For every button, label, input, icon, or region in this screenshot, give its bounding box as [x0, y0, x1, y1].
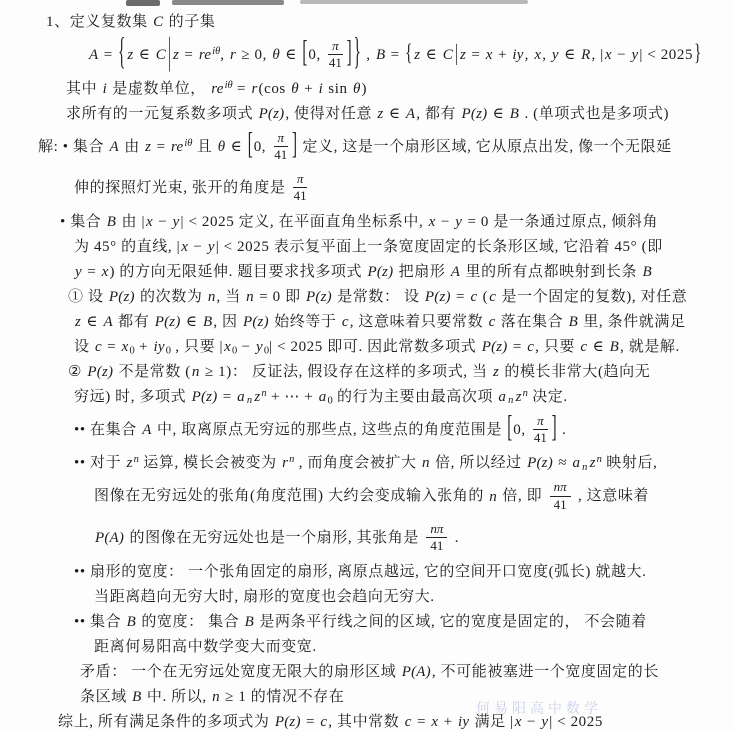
math-run: z	[589, 455, 597, 471]
text-run: •• 在集合	[74, 422, 141, 438]
text-run: , 这意味着只要常数	[350, 314, 488, 330]
text-run: 运算, 模长会被变为	[139, 455, 281, 471]
text-run: 的行为主要由最高次项	[333, 389, 498, 405]
text-run: 图像在无穷远处的张角(角度范围) 大约会变成输入张角的	[94, 489, 488, 505]
text-run: , 不可能被塞进一个宽度固定的长	[432, 664, 659, 680]
math-run: iy	[457, 714, 470, 730]
math-run: P(z)	[191, 389, 219, 405]
text-run: +	[300, 81, 318, 97]
text-run: ) 的方向无限延伸. 题目要求找多项式	[109, 264, 366, 280]
text-run: , 当	[217, 289, 246, 305]
text-run: , 只要 |	[171, 339, 223, 355]
math-run: P(z)	[242, 314, 270, 330]
text-run: =	[452, 289, 470, 305]
text-run: 条区域	[80, 689, 131, 705]
math-run: n	[191, 364, 201, 380]
math-run: z	[459, 47, 467, 63]
fraction: π41	[328, 39, 343, 71]
math-run: P(z)	[481, 339, 509, 355]
text-run: +	[439, 714, 457, 730]
text-run: ∈	[421, 47, 441, 63]
text-run: ∈	[82, 314, 102, 330]
fraction: π41	[293, 172, 308, 204]
text-run: | < 2025 表示复平面上一条宽度固定的长条形区域, 它沿着 45° (即	[216, 239, 663, 255]
text-run: + ⋯ +	[267, 389, 318, 405]
text-run: =	[99, 47, 117, 63]
math-run: iy	[511, 47, 524, 63]
math-run: y	[630, 47, 639, 63]
text-run: ∈	[560, 47, 580, 63]
math-run: B	[509, 106, 520, 122]
text-run: 里, 条件就满足	[579, 314, 686, 330]
math-run: y	[255, 339, 264, 355]
text-line: 为 45° 的直线, |x − y| < 2025 表示复平面上一条宽度固定的长…	[74, 235, 734, 260]
math-run: n	[211, 689, 221, 705]
text-run: sin	[324, 81, 352, 97]
text-run: 倍, 所以经过	[431, 455, 526, 471]
text-run: =	[467, 47, 485, 63]
math-run: x	[223, 339, 232, 355]
math-run: x	[533, 47, 542, 63]
math-run: x	[604, 47, 613, 63]
text-run: 0,	[513, 422, 530, 438]
text-run: −	[613, 47, 631, 63]
math-run: n	[245, 289, 255, 305]
math-run: a	[571, 455, 581, 471]
text-run: 求所有的一元复系数多项式	[66, 106, 258, 122]
math-run: θ	[271, 47, 281, 63]
text-run: 把扇形	[394, 264, 450, 280]
math-run: c	[526, 339, 535, 355]
text-run: 穷远) 时, 多项式	[74, 389, 191, 405]
math-run: B	[202, 314, 213, 330]
fraction: π41	[274, 131, 289, 163]
big-delimiter: |	[455, 35, 458, 74]
text-line: 1、定义复数集 C 的子集	[46, 10, 734, 35]
text-run: 的宽度： 集合	[137, 614, 244, 630]
big-delimiter: }	[694, 35, 701, 74]
scan-artifact	[300, 0, 528, 4]
text-run: ∈	[488, 106, 508, 122]
text-run: 定义, 这是一个扇形区域, 它从原点出发, 像一个无限延	[298, 139, 672, 155]
math-run: P(z)	[274, 714, 302, 730]
text-run: 落在集合	[496, 314, 567, 330]
text-line: 其中 i 是虚数单位， reiθ = r(cos θ + i sin θ)	[66, 77, 734, 102]
math-run: r	[281, 455, 289, 471]
math-run: iy	[152, 339, 165, 355]
math-run: c	[319, 714, 328, 730]
text-run: .	[450, 530, 459, 546]
text-run: , 使得对任意	[285, 106, 376, 122]
text-run: 0,	[308, 47, 325, 63]
math-run: P(A)	[94, 530, 125, 546]
fraction: nπ41	[426, 522, 447, 554]
big-delimiter: }	[354, 23, 361, 87]
text-run: 是两条平行线之间的区域, 它的宽度是固定的， 不会随着	[255, 614, 647, 630]
math-run: P(z)	[305, 289, 333, 305]
text-line: 条区域 B 中. 所以, n ≥ 1 的情况不存在	[80, 685, 734, 710]
big-delimiter: {	[118, 23, 125, 87]
math-run: θ	[290, 81, 300, 97]
text-run: 的模长非常大(趋向无	[500, 364, 650, 380]
fraction-numerator: π	[274, 131, 289, 147]
big-delimiter: {	[405, 35, 412, 74]
text-run: 是一个固定的复数), 对任意	[497, 289, 687, 305]
text-line: ① 设 P(z) 的次数为 n, 当 n = 0 即 P(z) 是常数： 设 P…	[68, 285, 734, 310]
text-run: .	[558, 422, 567, 438]
text-run: 始终等于	[270, 314, 341, 330]
text-run: 不是常数 (	[114, 364, 191, 380]
text-run: ∈	[134, 47, 154, 63]
text-run: 决定.	[528, 389, 568, 405]
math-run: P(z)	[424, 289, 452, 305]
fraction: nπ41	[550, 480, 571, 512]
text-line: 当距离趋向无穷大时, 扇形的宽度也会趋向无穷大.	[94, 585, 734, 610]
text-line: • 集合 B 由 |x − y| < 2025 定义, 在平面直角坐标系中, x…	[60, 210, 734, 235]
text-run: ≥ 1)： 反证法, 假设存在这样的多项式, 当	[201, 364, 492, 380]
text-run: −	[523, 714, 541, 730]
fraction-denominator: 41	[534, 430, 547, 445]
math-run: re	[198, 47, 212, 63]
fraction-denominator: 41	[329, 55, 342, 70]
text-run: , 因	[213, 314, 242, 330]
math-run: n	[207, 289, 217, 305]
math-run: z	[172, 47, 180, 63]
text-run: ∈	[281, 47, 301, 63]
fraction-denominator: 41	[430, 538, 443, 553]
scan-artifact	[172, 0, 284, 5]
text-run: =	[302, 714, 320, 730]
math-run: P(z)	[154, 314, 182, 330]
math-run: c	[94, 339, 103, 355]
text-line: 距离何易阳高中数学变大而变宽.	[94, 635, 734, 660]
math-run: y	[74, 264, 83, 280]
math-run: c	[579, 339, 588, 355]
text-run: (	[478, 289, 488, 305]
fraction-denominator: 41	[294, 188, 307, 203]
math-run: n	[421, 455, 431, 471]
math-run: re	[210, 81, 224, 97]
text-run: ,	[542, 47, 551, 63]
text-run: ≥ 0,	[237, 47, 271, 63]
math-run: A	[141, 422, 152, 438]
text-run: , 就是解.	[620, 339, 680, 355]
text-run: , 这意味着	[574, 489, 649, 505]
text-line: •• 扇形的宽度： 一个张角固定的扇形, 离原点越远, 它的空间开口宽度(弧长)…	[74, 560, 734, 585]
text-run: =	[233, 81, 251, 97]
text-run: −	[189, 239, 207, 255]
text-run: 的图像在无穷远处也是一个扇形, 其张角是	[125, 530, 423, 546]
text-run: =	[509, 339, 527, 355]
math-run: θ	[217, 139, 227, 155]
math-run: x	[145, 214, 154, 230]
math-run: c	[341, 314, 350, 330]
math-run: a	[318, 389, 328, 405]
text-run: 里的所有点都映射到长条	[461, 264, 641, 280]
text-run: ∈	[182, 314, 202, 330]
text-run: 解: • 集合	[38, 139, 108, 155]
math-run: B	[641, 264, 652, 280]
fraction-numerator: nπ	[426, 522, 447, 538]
math-run: x	[485, 47, 494, 63]
big-delimiter: [	[302, 29, 307, 80]
superscript: iθ	[225, 79, 233, 90]
math-run: B	[131, 689, 142, 705]
text-run: 映射后,	[602, 455, 658, 471]
text-run: =	[103, 339, 121, 355]
text-run: 距离何易阳高中数学变大而变宽.	[94, 639, 317, 655]
big-delimiter: [	[507, 404, 512, 455]
text-run: . (单项式也是多项式)	[520, 106, 669, 122]
math-run: y	[207, 239, 216, 255]
math-run: B	[126, 614, 137, 630]
math-run: x	[180, 239, 189, 255]
text-run: | < 2025 即可. 因此常数多项式	[269, 339, 481, 355]
text-run: +	[494, 47, 512, 63]
text-run: =	[152, 139, 170, 155]
text-run: =	[413, 714, 431, 730]
document-page: 1、定义复数集 C 的子集A = {z ∈ C|z = reiθ, r ≥ 0,…	[0, 0, 734, 731]
text-run: ≈	[554, 455, 572, 471]
math-run: A	[102, 314, 113, 330]
math-run: a	[497, 389, 507, 405]
text-run: ②	[68, 364, 86, 380]
text-line: 图像在无穷远处的张角(角度范围) 大约会变成输入张角的 n 倍, 即 nπ41 …	[94, 476, 734, 518]
math-run: C	[152, 14, 164, 30]
text-run: ∈	[384, 106, 404, 122]
text-run: 满足 |	[470, 714, 514, 730]
big-delimiter: ]	[292, 121, 297, 172]
big-delimiter: ]	[552, 404, 557, 455]
text-run: 中, 取离原点无穷远的那些点, 这些点的角度范围是	[153, 422, 507, 438]
text-run: −	[437, 214, 455, 230]
text-run: , 只要	[535, 339, 579, 355]
math-run: A	[108, 139, 119, 155]
math-run: z	[74, 314, 82, 330]
text-run: 由	[120, 139, 144, 155]
text-line: •• 集合 B 的宽度： 集合 B 是两条平行线之间的区域, 它的宽度是固定的，…	[74, 610, 734, 635]
math-run: B	[375, 47, 386, 63]
text-run: 是常数： 设	[333, 289, 424, 305]
math-run: P(z)	[366, 264, 394, 280]
text-run: , 其中常数	[328, 714, 403, 730]
text-run: 都有	[114, 314, 154, 330]
text-run: 的次数为	[136, 289, 207, 305]
text-run: 当距离趋向无穷大时, 扇形的宽度也会趋向无穷大.	[94, 589, 435, 605]
math-run: B	[244, 614, 255, 630]
text-run: •• 集合	[74, 614, 126, 630]
text-run: 倍, 即	[498, 489, 547, 505]
text-run: = 0 是一条通过原点, 倾斜角	[463, 214, 658, 230]
text-run: (cos	[258, 81, 290, 97]
math-run: z	[144, 139, 152, 155]
text-run: =	[180, 47, 198, 63]
text-line: 伸的探照灯光束, 张开的角度是 π41	[74, 168, 734, 210]
text-run: +	[135, 339, 153, 355]
math-run: z	[515, 389, 523, 405]
text-run: ,	[220, 47, 229, 63]
text-run: 的子集	[164, 14, 215, 30]
math-run: r	[229, 47, 237, 63]
text-run: 且	[192, 139, 216, 155]
fraction: π41	[533, 414, 548, 446]
text-line: 解: • 集合 A 由 z = reiθ 且 θ ∈ [0, π41] 定义, …	[38, 127, 734, 169]
math-run: z	[492, 364, 500, 380]
text-line: 综上, 所有满足条件的多项式为 P(z) = c, 其中常数 c = x + i…	[58, 710, 734, 731]
math-run: a	[236, 389, 246, 405]
fraction-numerator: nπ	[550, 480, 571, 496]
text-run: 0,	[254, 139, 271, 155]
scan-artifact	[126, 0, 160, 6]
text-line: ② P(z) 不是常数 (n ≥ 1)： 反证法, 假设存在这样的多项式, 当 …	[68, 360, 734, 385]
math-run: x	[428, 214, 437, 230]
fraction-numerator: π	[293, 172, 308, 188]
text-line: •• 对于 zn 运算, 模长会被变为 rn , 而角度会被扩大 n 倍, 所以…	[74, 451, 734, 476]
text-run: =	[83, 264, 101, 280]
text-line: P(A) 的图像在无穷远处也是一个扇形, 其张角是 nπ41 .	[94, 518, 734, 560]
text-run: 设	[74, 339, 94, 355]
big-delimiter: ]	[347, 29, 352, 80]
big-delimiter: [	[248, 121, 253, 172]
text-run: =	[386, 47, 404, 63]
math-run: x	[514, 714, 523, 730]
math-run: P(z)	[108, 289, 136, 305]
text-run: 1、定义复数集	[46, 14, 152, 30]
text-run: •• 扇形的宽度： 一个张角固定的扇形, 离原点越远, 它的空间开口宽度(弧长)…	[74, 564, 647, 580]
text-run: ,	[362, 47, 375, 63]
math-run: y	[551, 47, 560, 63]
math-run: c	[404, 714, 413, 730]
math-run: y	[540, 714, 549, 730]
text-run: 中. 所以,	[143, 689, 212, 705]
text-run: 伸的探照灯光束, 张开的角度是	[74, 180, 290, 196]
math-run: y	[454, 214, 463, 230]
math-run: x	[430, 714, 439, 730]
text-run: 为 45° 的直线, |	[74, 239, 180, 255]
text-run: )	[362, 81, 368, 97]
math-run: P(A)	[401, 664, 432, 680]
math-run: A	[88, 47, 99, 63]
math-run: A	[450, 264, 461, 280]
math-run: y	[172, 214, 181, 230]
text-line: •• 在集合 A 中, 取离原点无穷远的那些点, 这些点的角度范围是 [0, π…	[74, 410, 734, 452]
text-run: , 都有	[416, 106, 460, 122]
text-line: 矛盾： 一个在无穷远处宽度无限大的扇形区域 P(A), 不可能被塞进一个宽度固定…	[80, 660, 734, 685]
text-run: =	[218, 389, 236, 405]
big-delimiter: |	[168, 23, 171, 87]
text-line: z ∈ A 都有 P(z) ∈ B, 因 P(z) 始终等于 c, 这意味着只要…	[74, 310, 734, 335]
math-run: A	[405, 106, 416, 122]
text-run: 综上, 所有满足条件的多项式为	[58, 714, 274, 730]
text-run: ∈	[226, 139, 246, 155]
math-run: re	[170, 139, 184, 155]
text-run: −	[237, 339, 255, 355]
text-line: 穷远) 时, 多项式 P(z) = anzn + ⋯ + a0 的行为主要由最高…	[74, 385, 734, 410]
math-run: n	[488, 489, 498, 505]
text-line: y = x) 的方向无限延伸. 题目要求找多项式 P(z) 把扇形 A 里的所有…	[74, 260, 734, 285]
document-content: 1、定义复数集 C 的子集A = {z ∈ C|z = reiθ, r ≥ 0,…	[0, 10, 734, 731]
text-line: 求所有的一元复系数多项式 P(z), 使得对任意 z ∈ A, 都有 P(z) …	[66, 102, 734, 127]
math-run: B	[568, 314, 579, 330]
math-run: z	[126, 455, 134, 471]
text-run: | < 2025 定义, 在平面直角坐标系中,	[181, 214, 428, 230]
math-run: P(z)	[258, 106, 286, 122]
text-run: ,	[592, 47, 601, 63]
text-run: •• 对于	[74, 455, 126, 471]
text-run: 矛盾： 一个在无穷远处宽度无限大的扇形区域	[80, 664, 401, 680]
text-run: | < 2025	[549, 714, 603, 730]
text-run: ① 设	[68, 289, 108, 305]
text-run: ≥ 1 的情况不存在	[221, 689, 345, 705]
fraction-denominator: 41	[274, 147, 287, 162]
text-run: −	[154, 214, 172, 230]
text-run: = 0 即	[255, 289, 305, 305]
math-run: P(z)	[86, 364, 114, 380]
math-run: P(z)	[526, 455, 554, 471]
text-run: | < 2025	[639, 47, 693, 63]
math-run: P(z)	[461, 106, 489, 122]
fraction-numerator: π	[533, 414, 548, 430]
math-run: C	[442, 47, 454, 63]
text-run: ∈	[588, 339, 608, 355]
text-line: A = {z ∈ C|z = reiθ, r ≥ 0, θ ∈ [0, π41]…	[88, 35, 734, 77]
fraction-numerator: π	[328, 39, 343, 55]
math-run: B	[106, 214, 117, 230]
math-run: B	[609, 339, 620, 355]
math-run: C	[155, 47, 167, 63]
text-line: 设 c = x0 + iy0 , 只要 |x0 − y0| < 2025 即可.…	[74, 335, 734, 360]
math-run: c	[488, 289, 497, 305]
math-run: R	[580, 47, 591, 63]
text-run: • 集合	[60, 214, 106, 230]
text-run: 由 |	[117, 214, 145, 230]
math-run: c	[469, 289, 478, 305]
fraction-denominator: 41	[554, 497, 567, 512]
text-run: , 而角度会被扩大	[294, 455, 421, 471]
subscript: n	[581, 462, 588, 473]
text-run: 其中	[66, 81, 102, 97]
